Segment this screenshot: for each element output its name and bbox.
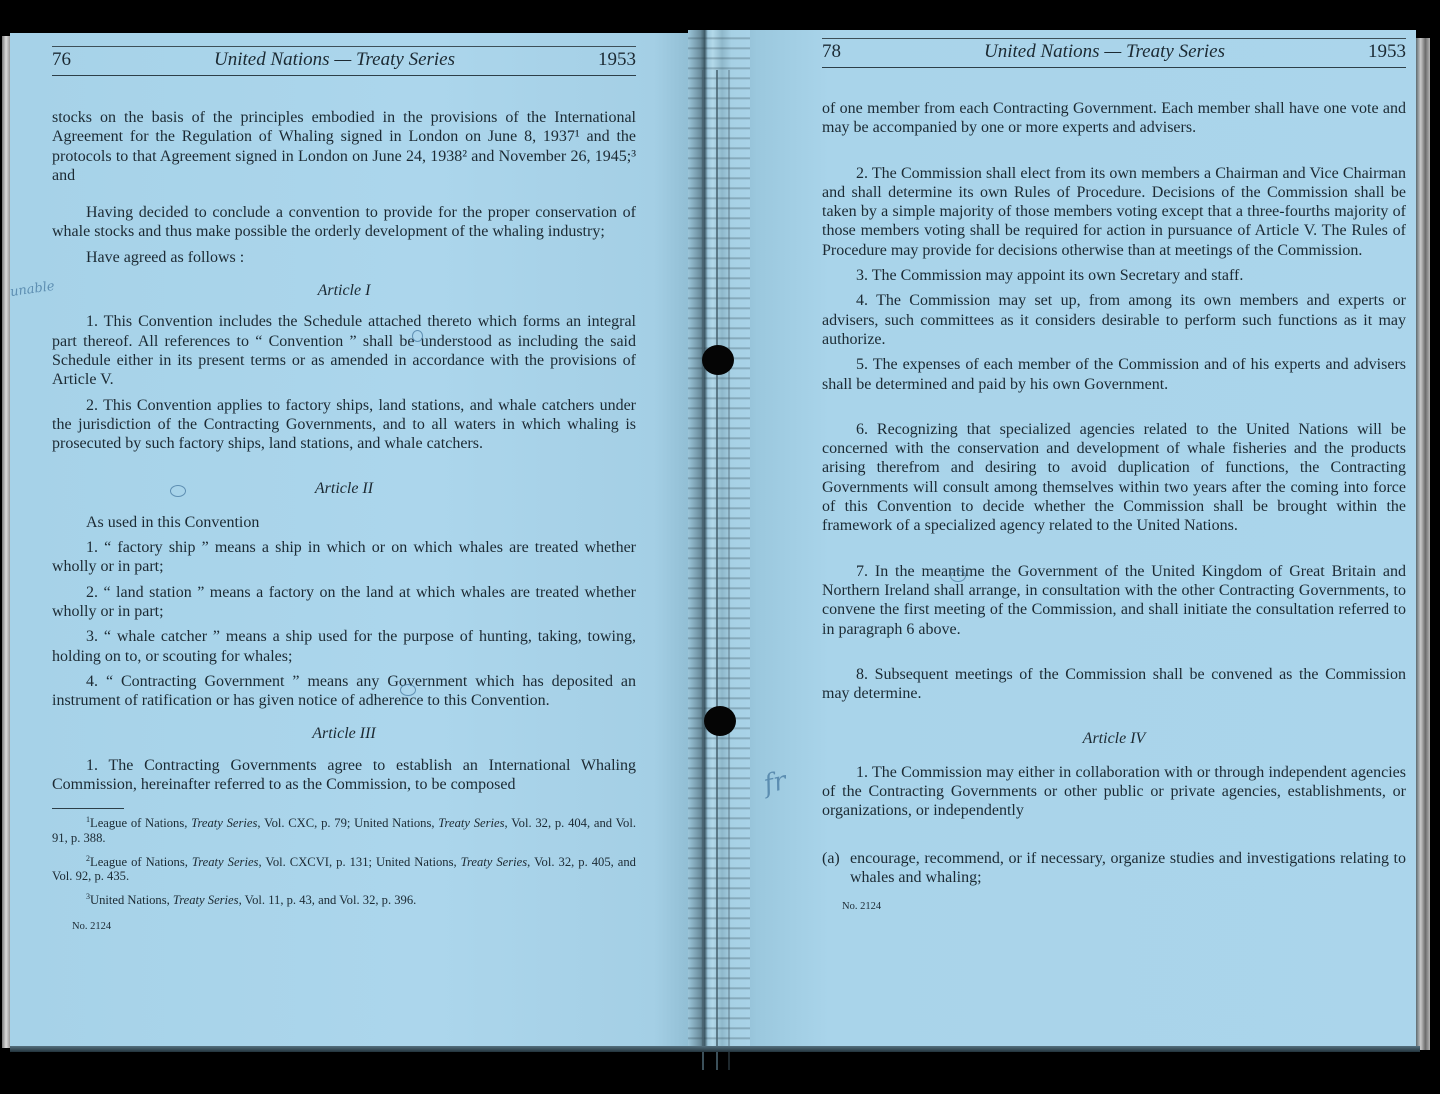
running-header: 76 United Nations — Treaty Series 1953 <box>52 46 636 76</box>
footnote: 2League of Nations, Treaty Series, Vol. … <box>52 852 636 884</box>
article-item: 5. The expenses of each member of the Co… <box>822 355 1406 394</box>
article-item: 2. This Convention applies to factory sh… <box>52 396 636 454</box>
definition-item: 1. “ factory ship ” means a ship in whic… <box>52 538 636 577</box>
gutter-fold-line <box>728 70 730 1070</box>
footnote: 1League of Nations, Treaty Series, Vol. … <box>52 813 636 845</box>
page-number: 76 <box>52 49 71 71</box>
pen-circle-mark <box>412 330 423 342</box>
article-item: 6. Recognizing that specialized agencies… <box>822 420 1406 536</box>
article-item: 7. In the meantime the Government of the… <box>822 562 1406 639</box>
footnotes: 1League of Nations, Treaty Series, Vol. … <box>52 813 636 907</box>
article-item: 1. This Convention includes the Schedule… <box>52 312 636 389</box>
right-body-text: of one member from each Contracting Gove… <box>822 99 1406 917</box>
footnote-rule <box>52 808 124 809</box>
footnote: 3United Nations, Treaty Series, Vol. 11,… <box>52 890 636 908</box>
book-spread: 76 United Nations — Treaty Series 1953 s… <box>0 0 1440 1094</box>
article-item: 2. The Commission shall elect from its o… <box>822 164 1406 260</box>
article-item: 1. The Commission may either in collabor… <box>822 763 1406 821</box>
article-heading: Article IV <box>822 729 1406 748</box>
pen-circle-mark <box>400 684 416 696</box>
article-item: 1. The Contracting Governments agree to … <box>52 756 636 795</box>
article-heading: Article I <box>52 281 636 300</box>
definition-item: 2. “ land station ” means a factory on t… <box>52 583 636 622</box>
running-title: United Nations — Treaty Series <box>984 41 1225 63</box>
paragraph: stocks on the basis of the principles em… <box>52 108 636 185</box>
article-item: 8. Subsequent meetings of the Commission… <box>822 665 1406 704</box>
running-title: United Nations — Treaty Series <box>214 49 455 71</box>
header-year: 1953 <box>1368 41 1406 63</box>
gutter-fold-line <box>716 70 718 1070</box>
definition-item: 4. “ Contracting Government ” means any … <box>52 672 636 711</box>
document-number: No. 2124 <box>72 917 636 936</box>
sub-item-label: (a) <box>822 849 850 888</box>
sub-item-text: encourage, recommend, or if necessary, o… <box>850 849 1406 888</box>
article-item: 3. The Commission may appoint its own Se… <box>822 266 1406 285</box>
binding-hole <box>702 345 734 375</box>
pen-circle-mark <box>950 570 966 582</box>
article-intro: As used in this Convention <box>52 513 636 532</box>
document-number: No. 2124 <box>842 897 1406 916</box>
header-year: 1953 <box>598 49 636 71</box>
page-bottom-edge <box>10 1046 1420 1052</box>
running-header: 78 United Nations — Treaty Series 1953 <box>822 38 1406 68</box>
paragraph: Having decided to conclude a convention … <box>52 203 636 242</box>
pen-circle-mark <box>170 485 186 497</box>
book-gutter <box>688 30 750 1052</box>
page-stack-right-edge <box>1416 38 1430 1050</box>
paragraph: Have agreed as follows : <box>52 248 636 267</box>
page-stack-left-edge <box>2 36 10 1048</box>
article-item: 4. The Commission may set up, from among… <box>822 291 1406 349</box>
left-body-text: stocks on the basis of the principles em… <box>52 108 636 937</box>
article-heading: Article III <box>52 724 636 743</box>
article-heading: Article II <box>52 479 636 498</box>
sub-item: (a) encourage, recommend, or if necessar… <box>822 849 1406 888</box>
definition-item: 3. “ whale catcher ” means a ship used f… <box>52 627 636 666</box>
gutter-fold-line <box>702 70 704 1070</box>
page-number: 78 <box>822 41 841 63</box>
paragraph: of one member from each Contracting Gove… <box>822 99 1406 138</box>
binding-hole <box>704 706 736 736</box>
